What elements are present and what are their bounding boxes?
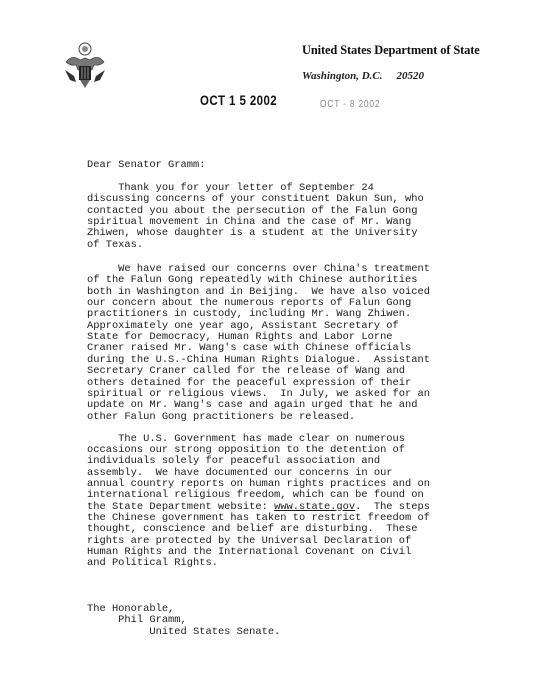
paragraph-1: Thank you for your letter of September 2… [87,45,112,136]
city: Washington, D.C. [302,70,383,82]
state-gov-link[interactable]: www.state.gov [274,501,355,513]
text-line: update on Mr. Wang's case and again urge… [87,400,417,411]
department-name: United States Department of State [302,43,480,58]
salutation: Dear Senator Gramm: [87,160,205,171]
letter-body: Dear Senator Gramm: Thank you for your l… [87,0,112,647]
text-line: thought, conscience and belief are distu… [87,524,417,535]
text-segment: . The steps [355,501,430,513]
text-line: of Texas. [87,240,143,251]
text-line: individuals solely for peaceful associat… [87,456,380,467]
text-line: and Political Rights. [87,558,218,569]
text-line: other Falun Gong practitioners be releas… [87,412,355,423]
zip-code: 20520 [397,70,425,82]
addressee-block: The Honorable, Phil Gramm, United States… [87,579,112,636]
text-line: discussing concerns of your constituent … [87,194,424,205]
text-line: Secretary Craner called for the release … [87,366,405,377]
text-segment: the State Department website: [87,501,274,513]
received-date-stamp: OCT 1 5 2002 [200,92,277,108]
department-address: Washington, D.C.20520 [302,70,424,82]
dated-stamp: OCT - 8 2002 [320,98,380,110]
addressee-name: Phil Gramm, [87,615,187,626]
text-line: of the Falun Gong repeatedly with Chines… [87,275,417,286]
addressee-office: United States Senate. [87,627,280,638]
